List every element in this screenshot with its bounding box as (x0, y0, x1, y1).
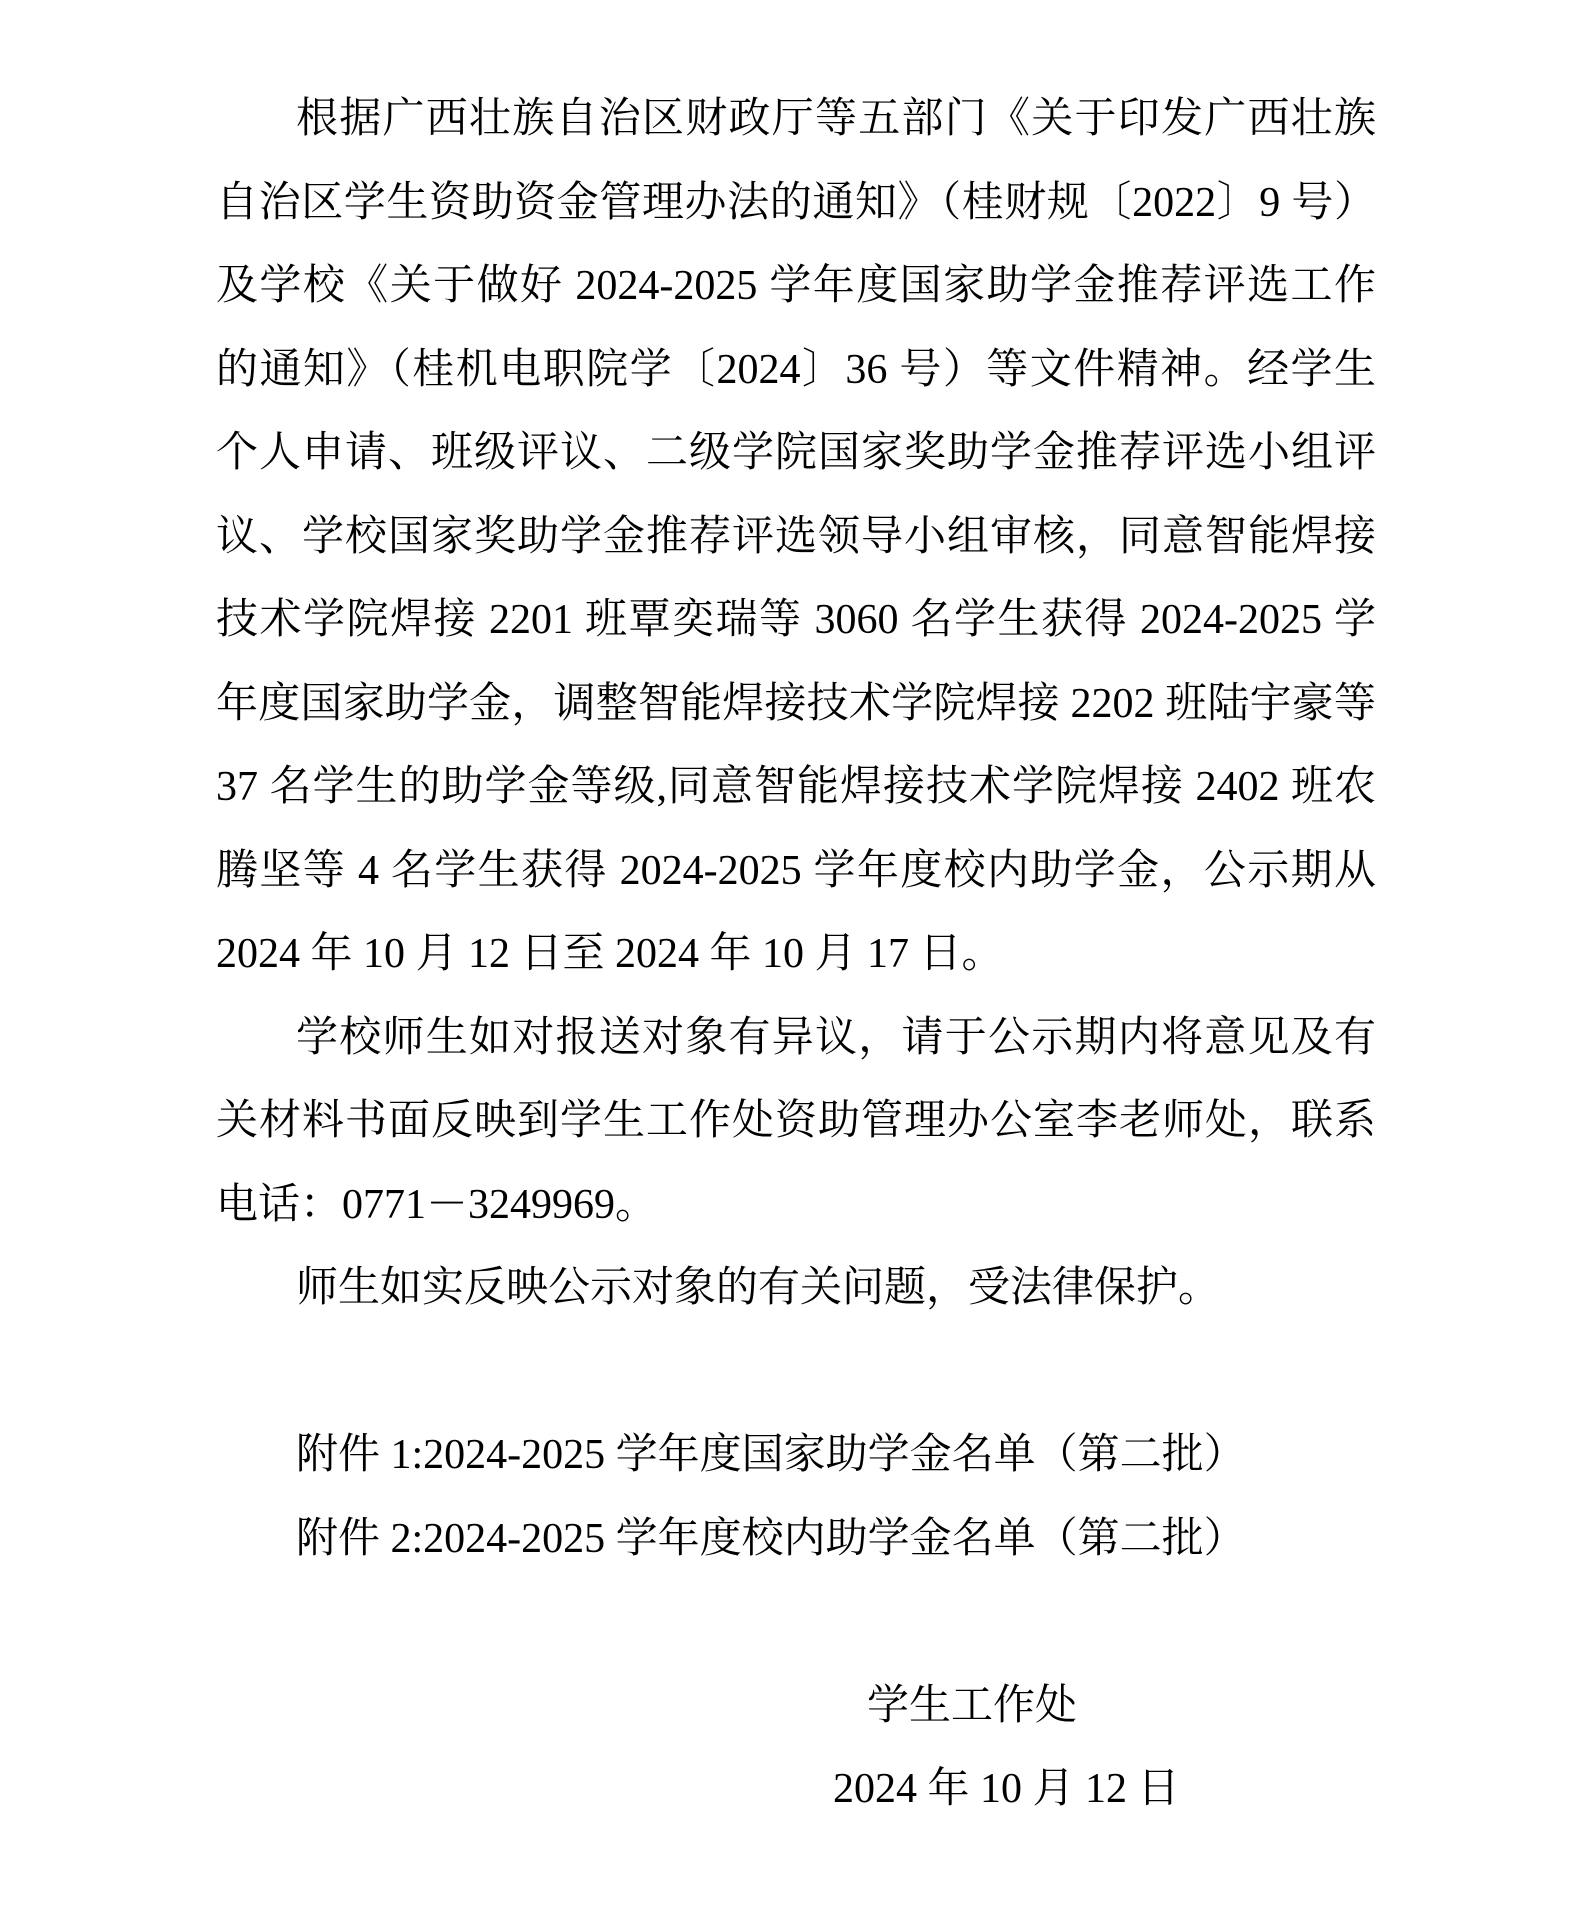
para1-line1: 根据广西壮族自治区财政厅等五部门《关于印发广西壮族 (216, 78, 1376, 162)
attachment-2: 附件 2:2024-2025 学年度校内助学金名单（第二批） (216, 1498, 1376, 1582)
para1-line3: 及学校《关于做好 2024-2025 学年度国家助学金推荐评选工作 (216, 245, 1376, 329)
para1-line9: 37 名学生的助学金等级,同意智能焊接技术学院焊接 2402 班农 (216, 746, 1376, 830)
para1-line10: 腾坚等 4 名学生获得 2024-2025 学年度校内助学金，公示期从 (216, 830, 1376, 914)
document-page: 根据广西壮族自治区财政厅等五部门《关于印发广西壮族 自治区学生资助资金管理办法的… (0, 0, 1587, 1906)
signature-date: 2024 年 10 月 12 日 (216, 1748, 1376, 1832)
signature-org: 学生工作处 (216, 1665, 1376, 1749)
para3-line1: 师生如实反映公示对象的有关问题，受法律保护。 (216, 1247, 1376, 1331)
para2-line2: 关材料书面反映到学生工作处资助管理办公室李老师处，联系 (216, 1080, 1376, 1164)
blank-line-1 (216, 1331, 1376, 1415)
para1-line11: 2024 年 10 月 12 日至 2024 年 10 月 17 日。 (216, 913, 1376, 997)
attachment-1: 附件 1:2024-2025 学年度国家助学金名单（第二批） (216, 1414, 1376, 1498)
para2-line3: 电话：0771－3249969。 (216, 1164, 1376, 1248)
para1-line8: 年度国家助学金，调整智能焊接技术学院焊接 2202 班陆宇豪等 (216, 663, 1376, 747)
notice-body: 根据广西壮族自治区财政厅等五部门《关于印发广西壮族 自治区学生资助资金管理办法的… (216, 78, 1376, 1832)
blank-line-2 (216, 1581, 1376, 1665)
para1-line7: 技术学院焊接 2201 班覃奕瑞等 3060 名学生获得 2024-2025 学 (216, 579, 1376, 663)
para1-line4: 的通知》（桂机电职院学〔2024〕36 号）等文件精神。经学生 (216, 329, 1376, 413)
para1-line5: 个人申请、班级评议、二级学院国家奖助学金推荐评选小组评 (216, 412, 1376, 496)
para2-line1: 学校师生如对报送对象有异议，请于公示期内将意见及有 (216, 997, 1376, 1081)
para1-line6: 议、学校国家奖助学金推荐评选领导小组审核，同意智能焊接 (216, 496, 1376, 580)
para1-line2: 自治区学生资助资金管理办法的通知》（桂财规〔2022〕9 号） (216, 162, 1376, 246)
